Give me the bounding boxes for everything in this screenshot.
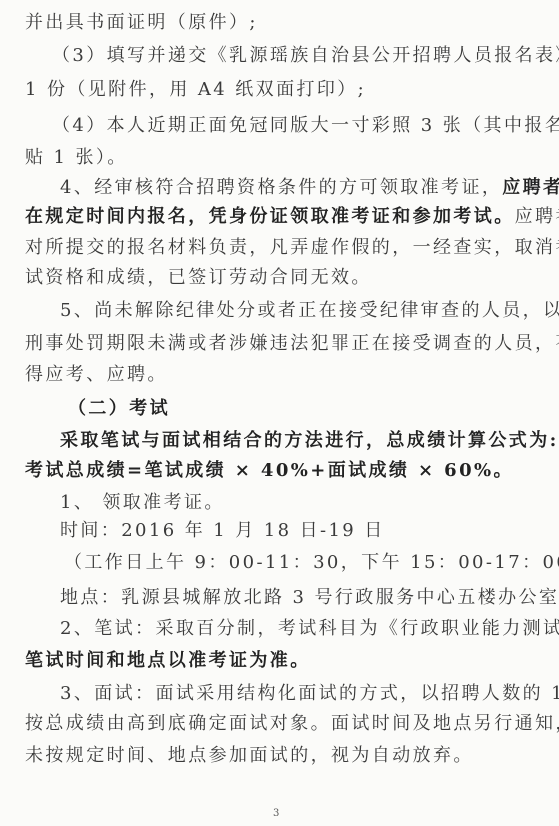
formula-line: 考试总成绩=笔试成绩 × 40%+面试成绩 × 60%。	[25, 460, 514, 482]
text-line: 3、面试：面试采用结构化面试的方式，以招聘人数的 1：3	[60, 683, 559, 705]
text-line: 采取笔试与面试相结合的方法进行，总成绩计算公式为:	[60, 430, 559, 452]
text-bold: 应聘者应	[502, 177, 559, 198]
text-line: 对所提交的报名材料负责，凡弄虚作假的，一经查实，取消考	[25, 237, 559, 259]
text-line: 地点：乳源县城解放北路 3 号行政服务中心五楼办公室	[60, 587, 559, 609]
text-normal: 应聘者	[515, 206, 559, 227]
text-line: 4、经审核符合招聘资格条件的方可领取准考证，应聘者应	[60, 177, 559, 199]
text-line: （4）本人近期正面免冠同版大一寸彩照 3 张（其中报名表	[52, 115, 559, 137]
text-line: 5、尚未解除纪律处分或者正在接受纪律审查的人员，以及	[60, 300, 559, 322]
text-line: 1 份（见附件，用 A4 纸双面打印）;	[25, 79, 366, 101]
text-line: 并出具书面证明（原件）;	[25, 12, 258, 34]
text-normal: 4、经审核符合招聘资格条件的方可领取准考证，	[60, 177, 502, 198]
text-line: 2、笔试：采取百分制，考试科目为《行政职业能力测试》	[60, 618, 559, 640]
text-line: （3）填写并递交《乳源瑶族自治县公开招聘人员报名表》	[52, 45, 559, 67]
text-line: 按总成绩由高到底确定面试对象。面试时间及地点另行通知，	[25, 713, 559, 735]
document-page: 并出具书面证明（原件）; （3）填写并递交《乳源瑶族自治县公开招聘人员报名表》 …	[0, 0, 559, 826]
text-line: 笔试时间和地点以准考证为准。	[25, 650, 311, 672]
text-line: 在规定时间内报名，凭身份证领取准考证和参加考试。应聘者	[25, 206, 559, 228]
text-line: 贴 1 张）。	[25, 147, 128, 169]
text-line: （工作日上午 9：00-11：30，下午 15：00-17：00）	[64, 552, 559, 574]
section-heading: （二）考试	[68, 398, 170, 420]
text-bold: 在规定时间内报名，凭身份证领取准考证和参加考试。	[25, 206, 515, 227]
text-line: 得应考、应聘。	[25, 364, 168, 386]
text-line: 试资格和成绩，已签订劳动合同无效。	[25, 267, 372, 289]
text-line: 未按规定时间、地点参加面试的，视为自动放弃。	[25, 745, 474, 767]
text-line: 1、 领取准考证。	[60, 492, 225, 514]
text-line: 刑事处罚期限未满或者涉嫌违法犯罪正在接受调查的人员，不	[25, 333, 559, 355]
text-line: 时间：2016 年 1 月 18 日-19 日	[60, 520, 385, 542]
page-number: 3	[273, 808, 279, 819]
